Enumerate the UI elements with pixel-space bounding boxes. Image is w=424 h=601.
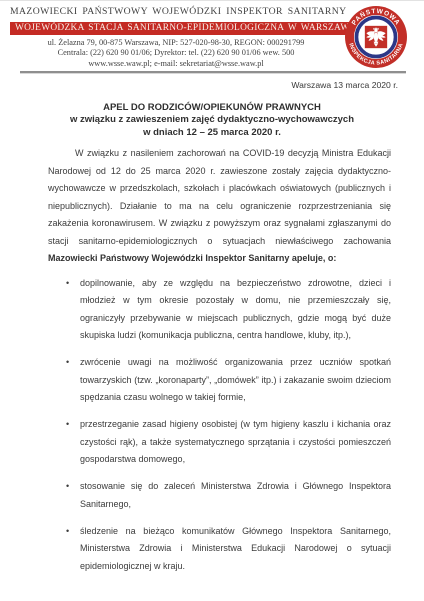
letterhead-address: ul. Żelazna 79, 00-875 Warszawa, NIP: 52… xyxy=(10,38,342,48)
list-item: zwrócenie uwagi na możliwość organizowan… xyxy=(48,354,391,407)
document-title: APEL DO RODZICÓW/OPIEKUNÓW PRAWNYCH w zw… xyxy=(0,102,424,139)
bullet-text: stosowanie się do zaleceń Ministerstwa Z… xyxy=(80,481,391,509)
intro-paragraph: W związku z nasileniem zachorowań na COV… xyxy=(48,145,391,268)
title-line-3: w dniach 12 – 25 marca 2020 r. xyxy=(0,127,424,139)
sanitary-inspection-logo-icon: PAŃSTWOWA INSPEKCJA SANITARNA xyxy=(345,6,407,68)
list-item: dopilnowanie, aby ze względu na bezpiecz… xyxy=(48,275,391,345)
header-divider xyxy=(20,71,406,74)
list-item: śledzenie na bieżąco komunikatów Główneg… xyxy=(48,523,391,576)
list-item: stosowanie się do zaleceń Ministerstwa Z… xyxy=(48,478,391,513)
letterhead-phones: Centrala: (22) 620 90 01/06; Dyrektor: t… xyxy=(10,48,342,58)
title-line-2: w związku z zawieszeniem zajęć dydaktycz… xyxy=(0,114,424,126)
letterhead-station-banner: WOJEWÓDZKA STACJA SANITARNO-EPIDEMIOLOGI… xyxy=(10,22,364,35)
title-line-1: APEL DO RODZICÓW/OPIEKUNÓW PRAWNYCH xyxy=(0,102,424,114)
intro-regular-text: W związku z nasileniem zachorowań na COV… xyxy=(48,148,391,246)
bullet-text: dopilnowanie, aby ze względu na bezpiecz… xyxy=(80,278,391,341)
letterhead: MAZOWIECKI PAŃSTWOWY WOJEWÓDZKI INSPEKTO… xyxy=(10,6,342,69)
bullet-text: śledzenie na bieżąco komunikatów Główneg… xyxy=(80,526,391,571)
letterhead-web-email: www.wsse.waw.pl; e-mail: sekretariat@wss… xyxy=(10,59,342,69)
bullet-text: przestrzeganie zasad higieny osobistej (… xyxy=(80,419,391,464)
bullet-text: zwrócenie uwagi na możliwość organizowan… xyxy=(80,357,391,402)
document-body: W związku z nasileniem zachorowań na COV… xyxy=(48,145,391,585)
list-item: przestrzeganie zasad higieny osobistej (… xyxy=(48,416,391,469)
document-page: MAZOWIECKI PAŃSTWOWY WOJEWÓDZKI INSPEKTO… xyxy=(0,0,424,601)
letterhead-org-name: MAZOWIECKI PAŃSTWOWY WOJEWÓDZKI INSPEKTO… xyxy=(10,6,342,17)
place-date-line: Warszawa 13 marca 2020 r. xyxy=(291,80,398,90)
appeal-bullet-list: dopilnowanie, aby ze względu na bezpiecz… xyxy=(48,275,391,576)
intro-bold-text: Mazowiecki Państwowy Wojewódzki Inspekto… xyxy=(48,253,336,263)
